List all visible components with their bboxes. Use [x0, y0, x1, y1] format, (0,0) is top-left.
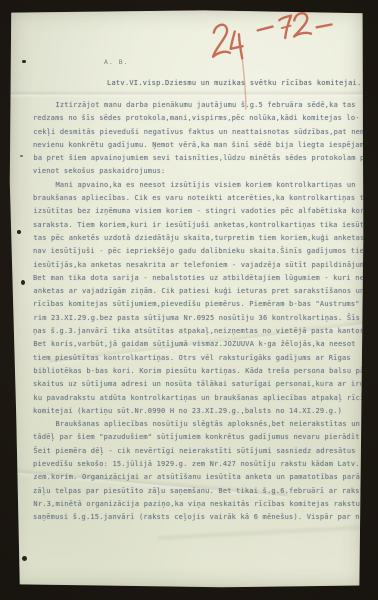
typewritten-line: cekļi desmitās pieveduši negatīvus faktu…	[33, 126, 373, 139]
typewritten-line: iesūtījās,ka anketas nesakrita ar telefo…	[33, 259, 373, 272]
typewritten-line: Šeit piemēra dēļ - cik nevērtīgi neierak…	[33, 445, 373, 458]
typewritten-line: vienot sekošus paskaidrojumus:	[33, 165, 373, 178]
typewritten-line: tiem piesūtītas kontrolkartiņas. Otrs vē…	[33, 352, 373, 365]
typewritten-line: ņas š.g.3.janvārī tika atsūtītas atpakaļ…	[33, 325, 373, 338]
photo-of-document: A. B. Latv.VI.visp.Dziesmu un muzikas sv…	[0, 0, 378, 600]
typewritten-line: ba pret šiem apvainojumiem sevi taisnīti…	[33, 152, 373, 165]
typewritten-line: Bet man tika dota sarija - nebalstoties …	[33, 272, 373, 285]
typewritten-line: zāļu telpas par piesūtīto zāļu saņemšanu…	[33, 485, 373, 498]
typewritten-line: nav iesūtījuši - pēc iepriekšējo gadu da…	[33, 245, 373, 258]
typewritten-line: komitejai (kartiņu sūt.Nr.0990 H no 23.X…	[33, 405, 373, 418]
typewritten-line: pievedīšu sekošo: 15.jūlijā 1929.g. zem …	[33, 458, 373, 471]
typewritten-line: Bet koris,varbūt,jā gaidam sūtījumā vism…	[33, 338, 373, 351]
typewritten-line: braukšanas apliecības. Cik es varu notei…	[33, 192, 373, 205]
typewritten-line: tas pēc anketēs uzdotā dziedātāju skaita…	[33, 232, 373, 245]
typewritten-line: rīcības komitejas sūtījumiem,pievedīšu p…	[33, 298, 373, 311]
typewritten-line: saraksta. Tiem koriem,kuri ir iesūtījuši…	[33, 219, 373, 232]
typewritten-line: redzams no šīs sēdes protokola,mani,visp…	[33, 112, 373, 125]
typewritten-line: anketas ar vajadzīgām ziņām. Cik patiesi…	[33, 285, 373, 298]
typewritten-line: Iztirzājot manu darba pienākumu jautājum…	[33, 99, 373, 112]
paper-crease	[8, 90, 364, 98]
document-page: A. B. Latv.VI.visp.Dziesmu un muzikas sv…	[8, 8, 364, 589]
typewritten-line: Nr.3,minētā organizācija paziņo,ka viņa …	[33, 498, 373, 511]
typewritten-line: rim 23.XI.29.g.bez pasta sūtījuma Nr.092…	[33, 312, 373, 325]
typewritten-line: zem.korim. Organizācijai ar atsūtīšanu i…	[33, 471, 373, 484]
document-body: Iztirzājot manu darba pienākumu jautājum…	[33, 99, 373, 525]
typewritten-line: skaitus uz sūtījuma adresi un nosūta tāl…	[33, 378, 373, 391]
paper-speck	[22, 60, 26, 63]
paper-speck	[22, 556, 27, 561]
typewritten-line: Braukšanas apliecības nosūtīju slēgtās a…	[33, 418, 373, 431]
typewritten-line: Mani apvaino,ka es neesot izsūtījis visi…	[33, 179, 373, 192]
paper-speck	[20, 155, 23, 157]
typewritten-line: bibliotēkas b-bas kori. Korim piesūtu ka…	[33, 365, 373, 378]
paper-speck	[21, 280, 25, 285]
typewritten-line: tādēļ par šiem "pazudušiem" sūtījumiem k…	[33, 431, 373, 444]
paper-crease	[158, 522, 378, 542]
typewritten-line: izsūtītas bez izņēmuma visiem koriem - s…	[33, 205, 373, 218]
typewritten-line: nevienu konkrētu gadījumu. Ņemot vērā,ka…	[33, 139, 373, 152]
addressee-line: Latv.VI.visp.Dziesmu un muzikas svētku r…	[107, 79, 361, 87]
paper-speck	[17, 230, 21, 234]
typewritten-line: ku pavadrakstu atdūta kontrolkartiņas un…	[33, 392, 373, 405]
reference-mark: A. B.	[104, 58, 129, 66]
typewritten-line: saņēmusi š.g.15.janvārī (raksts ceļojis …	[33, 511, 373, 524]
